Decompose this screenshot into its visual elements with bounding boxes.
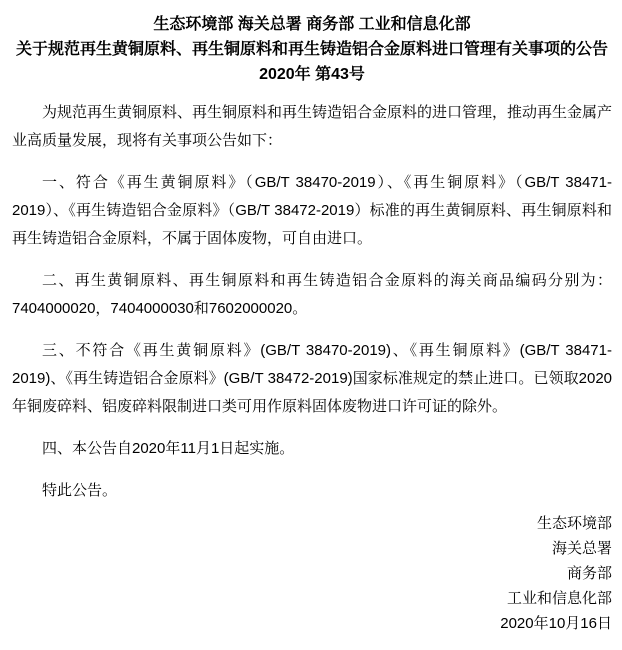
paragraph-intro: 为规范再生黄铜原料、再生铜原料和再生铸造铝合金原料的进口管理，推动再生金属产业高… xyxy=(12,99,612,155)
announcement-document: 生态环境部 海关总署 商务部 工业和信息化部 关于规范再生黄铜原料、再生铜原料和… xyxy=(0,0,622,650)
paragraph-item-3: 三、不符合《再生黄铜原料》(GB/T 38470-2019)、《再生铜原料》(G… xyxy=(12,337,612,421)
issue-date: 2020年10月16日 xyxy=(12,611,612,636)
paragraph-item-2: 二、再生黄铜原料、再生铜原料和再生铸造铝合金原料的海关商品编码分别为：74040… xyxy=(12,267,612,323)
issuing-agencies-title: 生态环境部 海关总署 商务部 工业和信息化部 xyxy=(12,12,612,37)
doc-number: 2020年 第43号 xyxy=(12,62,612,87)
signatory-industry-it: 工业和信息化部 xyxy=(12,586,612,611)
signatory-customs: 海关总署 xyxy=(12,536,612,561)
announcement-title: 关于规范再生黄铜原料、再生铜原料和再生铸造铝合金原料进口管理有关事项的公告 xyxy=(12,37,612,62)
document-header: 生态环境部 海关总署 商务部 工业和信息化部 关于规范再生黄铜原料、再生铜原料和… xyxy=(12,12,612,87)
paragraph-closing: 特此公告。 xyxy=(12,477,612,505)
document-body: 为规范再生黄铜原料、再生铜原料和再生铸造铝合金原料的进口管理，推动再生金属产业高… xyxy=(12,99,612,505)
paragraph-item-1: 一、符合《再生黄铜原料》（GB/T 38470-2019）、《再生铜原料》（GB… xyxy=(12,169,612,253)
signature-block: 生态环境部 海关总署 商务部 工业和信息化部 2020年10月16日 xyxy=(12,511,612,636)
signatory-commerce: 商务部 xyxy=(12,561,612,586)
signatory-ministry-ecology: 生态环境部 xyxy=(12,511,612,536)
paragraph-item-4: 四、本公告自2020年11月1日起实施。 xyxy=(12,435,612,463)
